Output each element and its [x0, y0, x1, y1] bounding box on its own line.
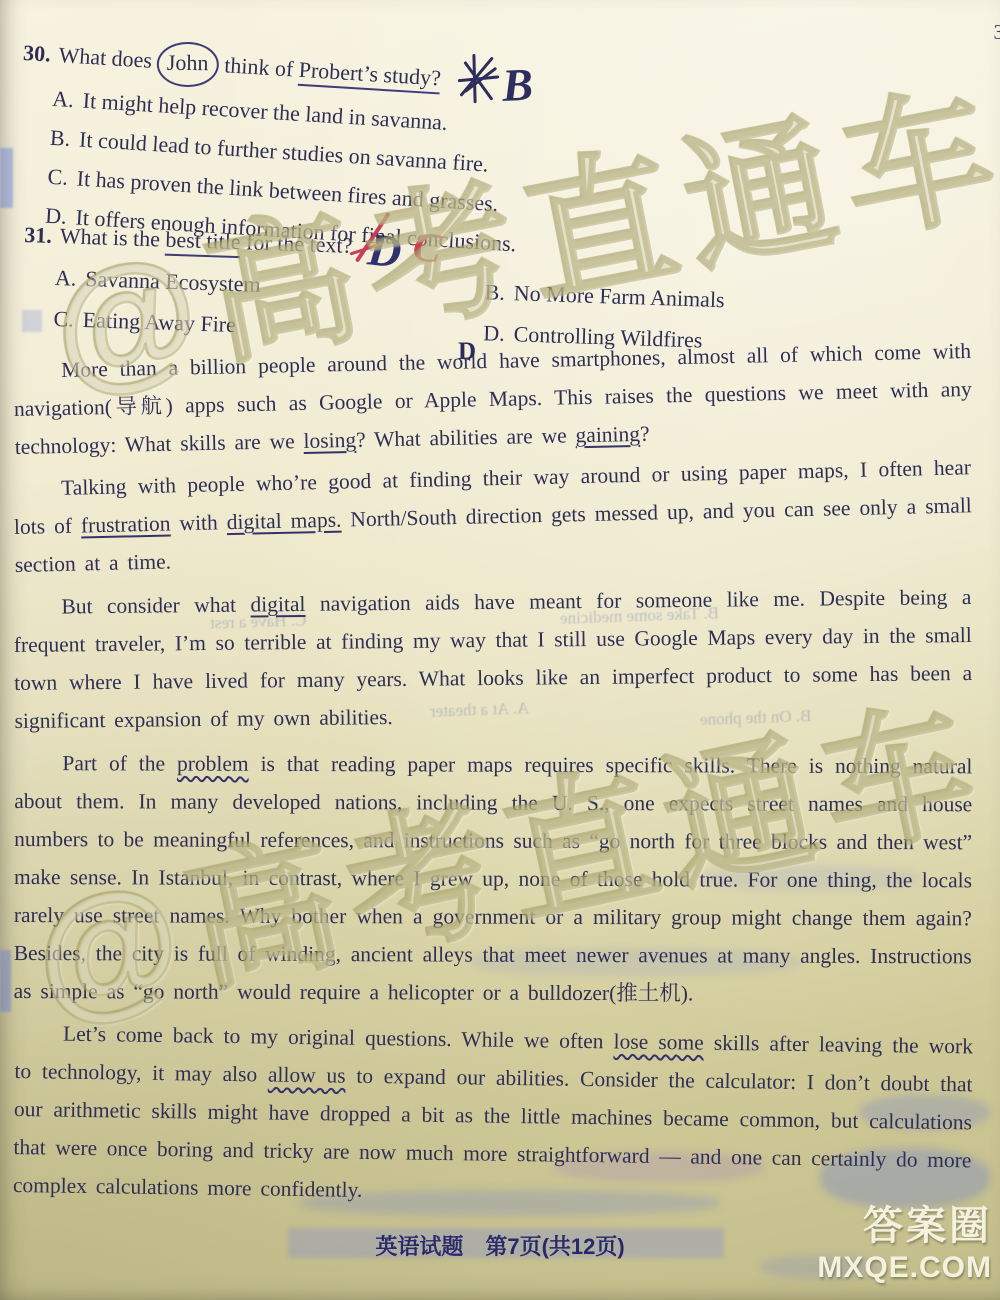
question-30-number: 30.	[22, 40, 51, 67]
underlined-word: digital	[250, 592, 305, 617]
stem-text: think of	[218, 52, 299, 82]
option-text: No More Farm Animals	[513, 280, 725, 312]
stem-text: What does	[58, 42, 158, 73]
question-31-number: 31.	[24, 222, 52, 248]
paragraph-text: Let’s come back to my original questions…	[63, 1022, 614, 1054]
passage-paragraph-2: Talking with people who’re good at findi…	[13, 448, 973, 584]
option-label: B.	[484, 279, 505, 305]
edge-mark	[0, 950, 11, 1012]
stem-text: What is the	[59, 223, 165, 251]
wavy-underlined-word: allow us	[268, 1063, 346, 1088]
passage-paragraph-1: More than a billion people around the wo…	[13, 332, 973, 466]
brand-logo-text: 答案圈	[817, 1194, 992, 1251]
corner-page-number: 3	[994, 20, 1000, 45]
brand-watermark: 答案圈 MXQE.COM	[817, 1194, 992, 1285]
footer-exam-title: 英语试题	[375, 1234, 463, 1259]
brand-site-url: MXQE.COM	[817, 1251, 992, 1285]
option-label: B.	[49, 125, 71, 151]
exam-paper-page: @高考直通车 @高考直通车 3 B. Take some medicine C.…	[0, 0, 1000, 1300]
handwritten-answer-c: C	[411, 228, 444, 269]
wavy-underlined-word: lose some	[613, 1029, 703, 1054]
handwritten-scribble-mark	[455, 51, 502, 106]
underlined-phrase: best title	[165, 227, 241, 258]
option-text: Savanna Ecosystem	[85, 266, 261, 297]
edge-mark	[0, 148, 13, 208]
passage-paragraph-5: Let’s come back to my original questions…	[13, 1014, 974, 1217]
option-text: Eating Away Fire	[82, 307, 236, 337]
paragraph-text: is that reading paper maps requires spec…	[14, 752, 973, 1006]
underlined-word: frustration	[81, 511, 171, 537]
underlined-word: digital maps.	[226, 508, 341, 535]
paragraph-text: ?	[640, 422, 650, 446]
reading-passage: More than a billion people around the wo…	[14, 352, 972, 1208]
wavy-underlined-word: problem	[177, 752, 249, 776]
footer-page-info: 第7页(共12页)	[485, 1234, 624, 1259]
paragraph-text: Part of the	[62, 751, 177, 775]
option-label: C.	[47, 164, 69, 190]
handwritten-answer-b: B	[502, 66, 534, 105]
stem-text: for the text?	[240, 229, 353, 258]
paragraph-text: But consider what	[61, 593, 250, 619]
underlined-word: losing	[303, 428, 356, 453]
underlined-phrase: Probert’s study?	[298, 57, 442, 95]
option-label: A.	[52, 86, 75, 112]
option-label: C.	[53, 306, 74, 332]
underlined-word: gaining	[575, 422, 640, 447]
paragraph-text: with	[170, 510, 227, 535]
passage-paragraph-3: But consider what digital navigation aid…	[13, 578, 973, 740]
paragraph-text: ? What abilities are we	[356, 423, 576, 452]
circled-word-john: John	[157, 42, 219, 88]
passage-paragraph-4: Part of the problem is that reading pape…	[14, 744, 973, 1013]
option-label: A.	[55, 265, 77, 291]
